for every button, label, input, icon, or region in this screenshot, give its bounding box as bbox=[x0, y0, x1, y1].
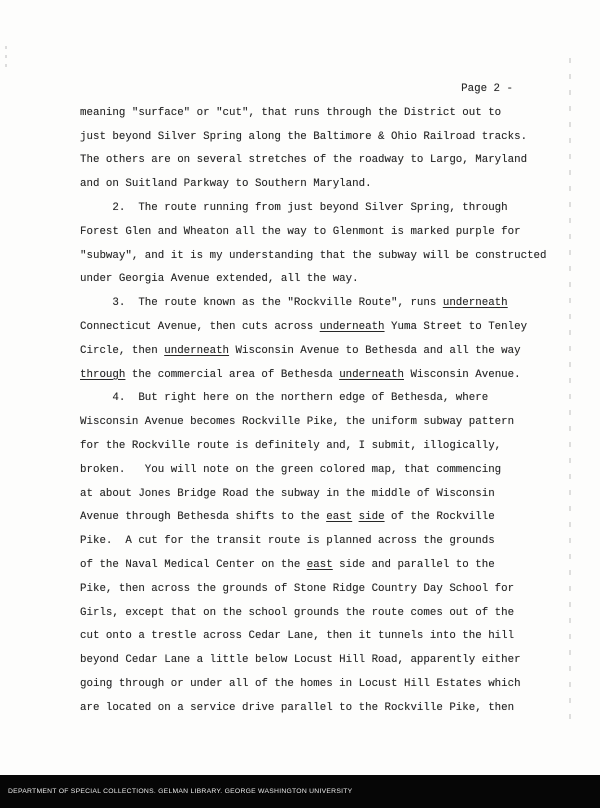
underlined-text: east bbox=[326, 511, 352, 523]
underlined-text: east bbox=[307, 559, 333, 571]
typewritten-content: Page 2 - meaning "surface" or "cut", tha… bbox=[80, 78, 546, 721]
text-line: 3. The route known as the "Rockville Rou… bbox=[80, 292, 546, 316]
text-line: Circle, then underneath Wisconsin Avenue… bbox=[80, 340, 546, 364]
scan-artifact-right-edge bbox=[569, 58, 571, 723]
underlined-text: underneath bbox=[443, 297, 508, 309]
text-line: beyond Cedar Lane a little below Locust … bbox=[80, 649, 546, 673]
text-line: meaning "surface" or "cut", that runs th… bbox=[80, 102, 546, 126]
text-line: Pike. A cut for the transit route is pla… bbox=[80, 530, 546, 554]
text-line: and on Suitland Parkway to Southern Mary… bbox=[80, 173, 546, 197]
underlined-text: side bbox=[359, 511, 385, 523]
text-line: through the commercial area of Bethesda … bbox=[80, 364, 546, 388]
underlined-text: underneath bbox=[320, 321, 385, 333]
underlined-text: underneath bbox=[164, 345, 229, 357]
text-line: Forest Glen and Wheaton all the way to G… bbox=[80, 221, 546, 245]
text-line: for the Rockville route is definitely an… bbox=[80, 435, 546, 459]
text-line: Pike, then across the grounds of Stone R… bbox=[80, 578, 546, 602]
text-line: Connecticut Avenue, then cuts across und… bbox=[80, 316, 546, 340]
text-line: of the Naval Medical Center on the east … bbox=[80, 554, 546, 578]
text-line: just beyond Silver Spring along the Balt… bbox=[80, 126, 546, 150]
underlined-text: through bbox=[80, 369, 125, 381]
scanned-page: Page 2 - meaning "surface" or "cut", tha… bbox=[0, 0, 600, 808]
text-line: "subway", and it is my understanding tha… bbox=[80, 245, 546, 269]
text-line: Avenue through Bethesda shifts to the ea… bbox=[80, 506, 546, 530]
scan-artifact-left-edge bbox=[5, 46, 7, 70]
text-line: cut onto a trestle across Cedar Lane, th… bbox=[80, 625, 546, 649]
text-line: at about Jones Bridge Road the subway in… bbox=[80, 483, 546, 507]
text-line: 2. The route running from just beyond Si… bbox=[80, 197, 546, 221]
text-line: going through or under all of the homes … bbox=[80, 673, 546, 697]
text-line: broken. You will note on the green color… bbox=[80, 459, 546, 483]
document-body: meaning "surface" or "cut", that runs th… bbox=[80, 102, 546, 721]
text-line: under Georgia Avenue extended, all the w… bbox=[80, 268, 546, 292]
page-number: Page 2 - bbox=[80, 78, 546, 102]
text-line: The others are on several stretches of t… bbox=[80, 149, 546, 173]
footer-text: DEPARTMENT OF SPECIAL COLLECTIONS. GELMA… bbox=[0, 788, 352, 795]
text-line: 4. But right here on the northern edge o… bbox=[80, 387, 546, 411]
text-line: are located on a service drive parallel … bbox=[80, 697, 546, 721]
footer-bar: DEPARTMENT OF SPECIAL COLLECTIONS. GELMA… bbox=[0, 775, 600, 808]
underlined-text: underneath bbox=[339, 369, 404, 381]
text-line: Girls, except that on the school grounds… bbox=[80, 602, 546, 626]
text-line: Wisconsin Avenue becomes Rockville Pike,… bbox=[80, 411, 546, 435]
